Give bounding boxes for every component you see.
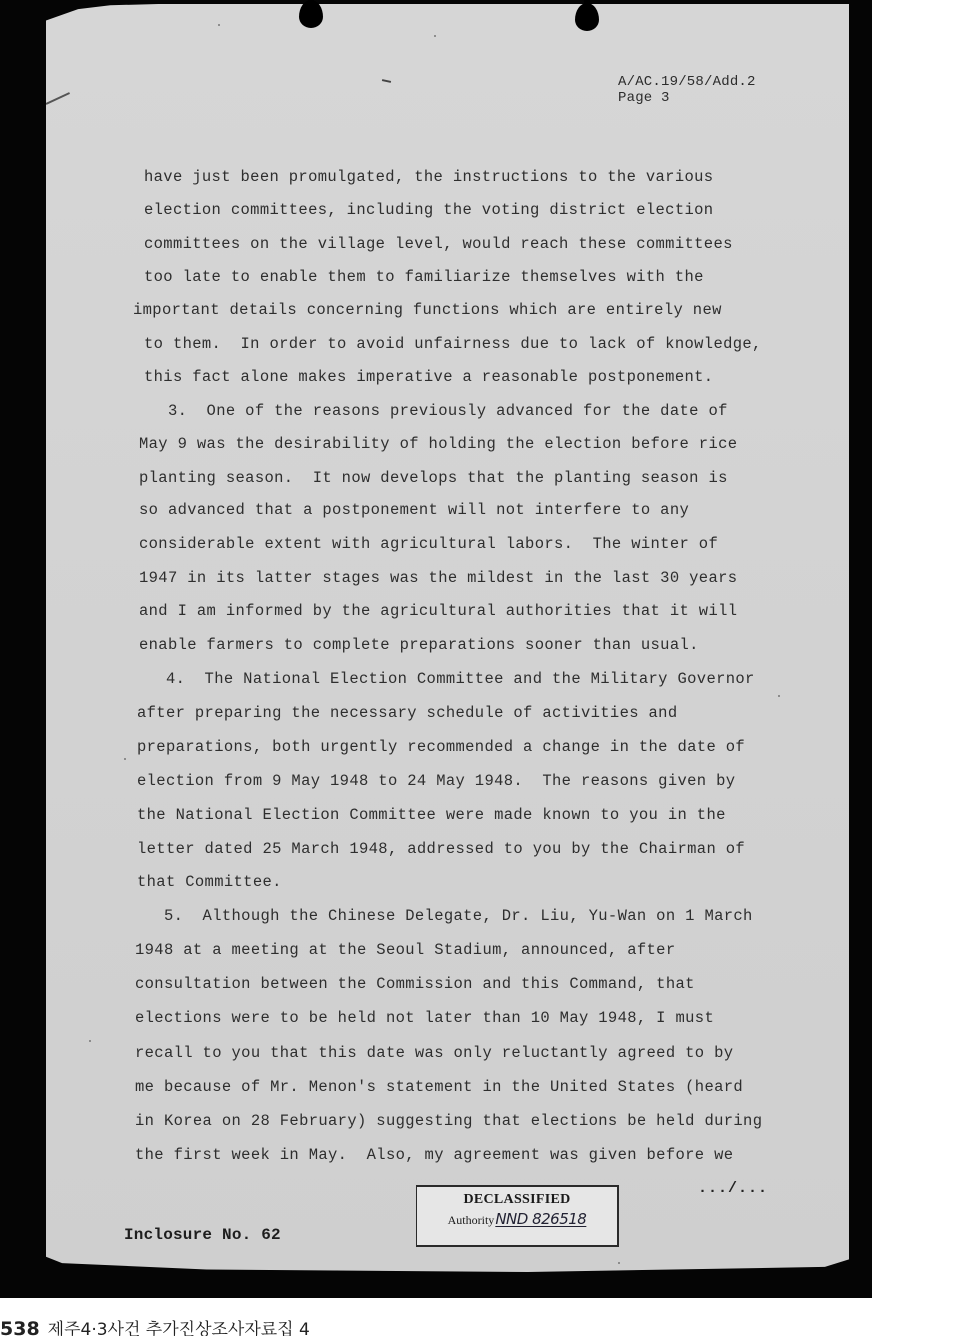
document-line: the first week in May. Also, my agreemen… [135, 1146, 733, 1164]
document-line: in Korea on 28 February) suggesting that… [135, 1112, 762, 1130]
punch-hole-left [299, 0, 323, 28]
stamp-title: DECLASSIFIED [417, 1192, 617, 1208]
dust-speck [124, 758, 126, 760]
document-line: to them. In order to avoid unfairness du… [144, 335, 762, 353]
document-line: this fact alone makes imperative a reaso… [144, 368, 713, 386]
document-line: too late to enable them to familiarize t… [144, 268, 704, 286]
document-line: important details concerning functions w… [133, 301, 722, 319]
document-line: and I am informed by the agricultural au… [139, 602, 737, 620]
document-line: election committees, including the votin… [144, 201, 713, 219]
document-line: enable farmers to complete preparations … [139, 636, 699, 654]
document-line: committees on the village level, would r… [144, 235, 733, 253]
document-line: 5. Although the Chinese Delegate, Dr. Li… [135, 907, 753, 925]
document-line: considerable extent with agricultural la… [139, 535, 718, 553]
stamp-authority: Authority NND 826518 [417, 1210, 617, 1228]
document-line: me because of Mr. Menon's statement in t… [135, 1078, 743, 1096]
document-line: have just been promulgated, the instruct… [144, 168, 713, 186]
dust-speck [778, 695, 780, 697]
document-line: 1948 at a meeting at the Seoul Stadium, … [135, 941, 675, 959]
scan-frame: A/AC.19/58/Add.2 Page 3 have just been p… [0, 0, 872, 1298]
document-line: 4. The National Election Committee and t… [137, 670, 755, 688]
continuation-mark: .../... [698, 1180, 768, 1197]
book-page-number: 538 [0, 1318, 40, 1336]
document-line: elections were to be held not later than… [135, 1009, 714, 1027]
dust-speck [89, 1040, 91, 1042]
document-line: election from 9 May 1948 to 24 May 1948.… [137, 772, 735, 790]
document-reference: A/AC.19/58/Add.2 Page 3 [618, 74, 756, 106]
dust-speck [434, 35, 436, 37]
page-label: Page 3 [618, 90, 756, 106]
document-line: letter dated 25 March 1948, addressed to… [137, 840, 745, 858]
document-line: 1947 in its latter stages was the mildes… [139, 569, 737, 587]
paper-tear-mark [46, 92, 70, 105]
stamp-authority-value: NND 826518 [495, 1210, 586, 1228]
dust-speck [218, 24, 220, 26]
stamp-authority-label: Authority [448, 1213, 495, 1228]
document-line: consultation between the Commission and … [135, 975, 695, 993]
declassified-stamp: DECLASSIFIED Authority NND 826518 [416, 1185, 619, 1247]
dust-speck [618, 1262, 620, 1264]
document-line: May 9 was the desirability of holding th… [139, 435, 737, 453]
document-line: so advanced that a postponement will not… [139, 501, 689, 519]
document-line: 3. One of the reasons previously advance… [139, 402, 728, 420]
document-line: the National Election Committee were mad… [137, 806, 726, 824]
document-line: preparations, both urgently recommended … [137, 738, 745, 756]
document-line: that Committee. [137, 873, 282, 891]
inclosure-label: Inclosure No. 62 [124, 1226, 281, 1244]
punch-hole-right [575, 3, 599, 31]
document-line: after preparing the necessary schedule o… [137, 704, 677, 722]
reference-code: A/AC.19/58/Add.2 [618, 74, 756, 90]
document-line: planting season. It now develops that th… [139, 469, 728, 487]
document-line: recall to you that this date was only re… [135, 1044, 733, 1062]
book-title: 제주4·3사건 추가진상조사자료집 4 [48, 1320, 310, 1336]
book-footer: 538제주4·3사건 추가진상조사자료집 4 [0, 1318, 310, 1336]
